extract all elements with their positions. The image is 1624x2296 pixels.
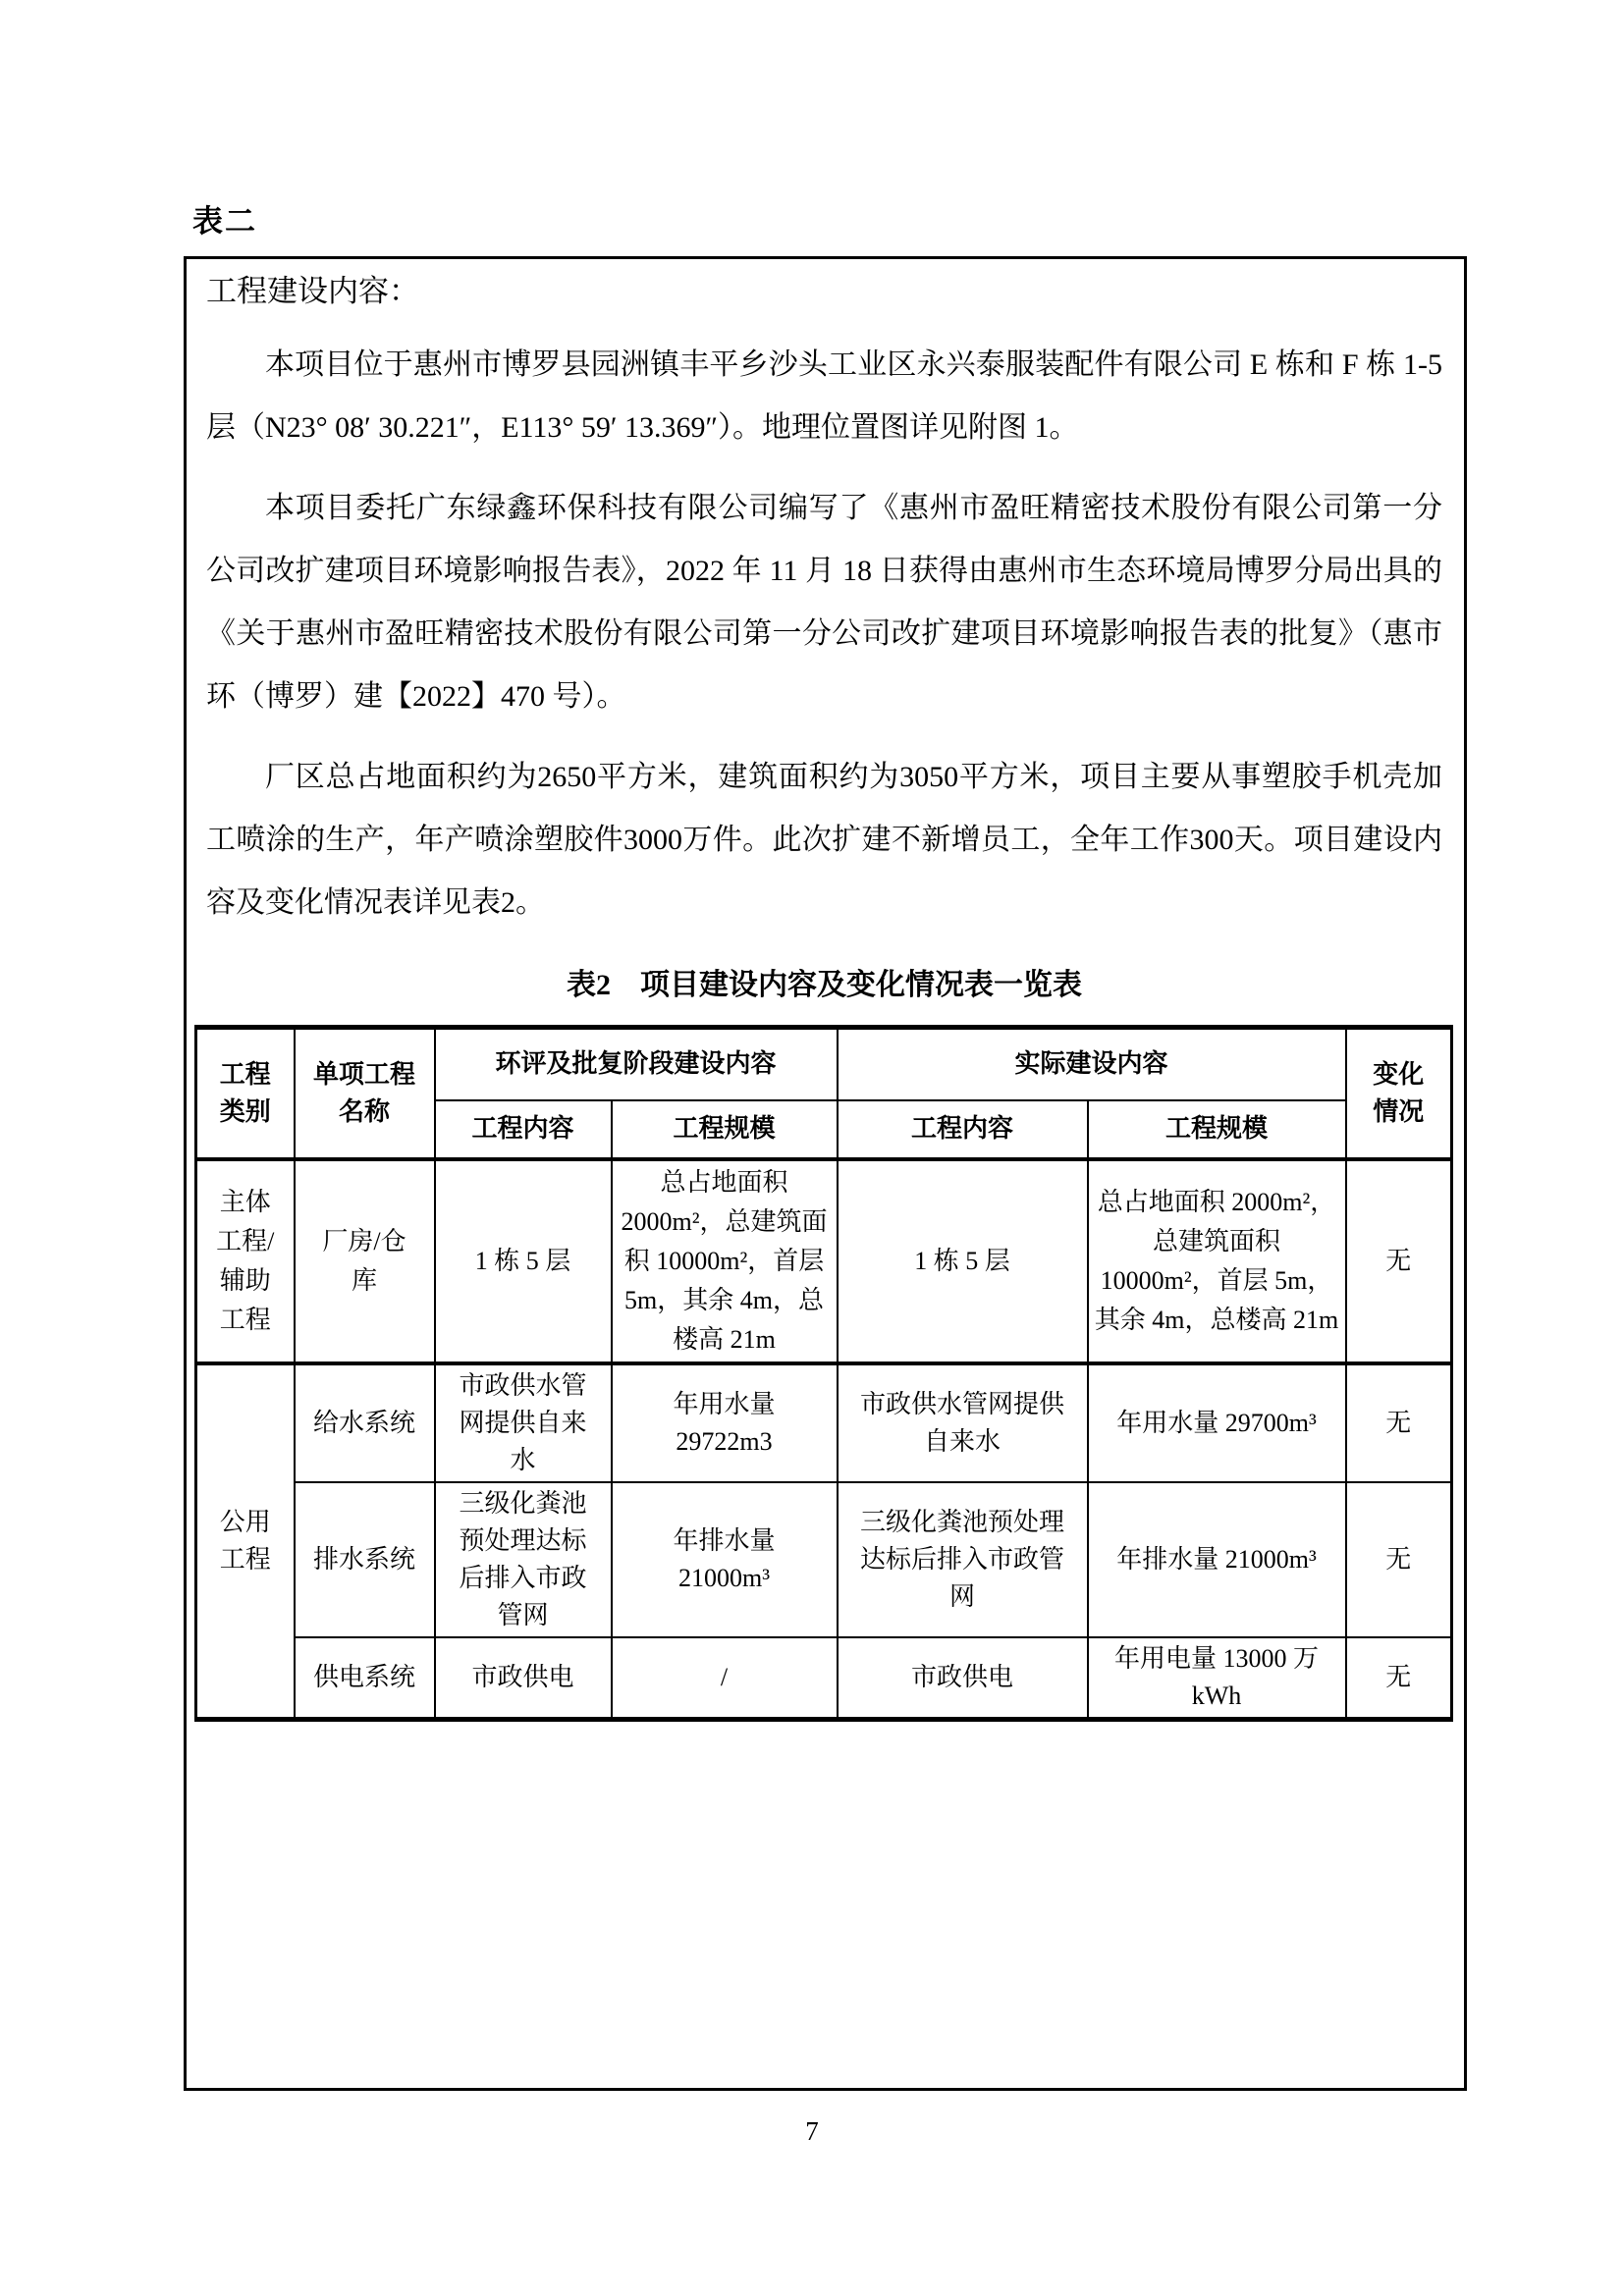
cell-drain-eia-content: 三级化粪池 预处理达标 后排入市政 管网 [435, 1482, 612, 1637]
cell-utility-category: 公用 工程 [196, 1363, 295, 1720]
paragraph-location: 本项目位于惠州市博罗县园洲镇丰平乡沙头工业区永兴泰服装配件有限公司 E 栋和 F… [206, 334, 1442, 459]
cell-main-eia-content: 1 栋 5 层 [435, 1159, 612, 1363]
table-row-main-works: 主体 工程/ 辅助 工程 厂房/仓 库 1 栋 5 层 总占地面积 2000m²… [196, 1159, 1452, 1363]
col-header-eia-content: 工程内容 [435, 1100, 612, 1159]
col-header-project-name: 单项工程 名称 [295, 1028, 435, 1159]
section-heading: 表二 [192, 196, 257, 240]
col-header-actual-group: 实际建设内容 [838, 1028, 1346, 1100]
cell-main-actual-content: 1 栋 5 层 [838, 1159, 1088, 1363]
content-box: 工程建设内容： 本项目位于惠州市博罗县园洲镇丰平乡沙头工业区永兴泰服装配件有限公… [184, 256, 1467, 2091]
table-row-power-supply: 供电系统 市政供电 / 市政供电 年用电量 13000 万 kWh 无 [196, 1637, 1452, 1720]
cell-power-actual-scale: 年用电量 13000 万 kWh [1088, 1637, 1346, 1720]
cell-main-category: 主体 工程/ 辅助 工程 [196, 1159, 295, 1363]
col-header-eia-group: 环评及批复阶段建设内容 [435, 1028, 838, 1100]
cell-water-eia-scale: 年用水量 29722m3 [612, 1363, 838, 1482]
cell-power-actual-content: 市政供电 [838, 1637, 1088, 1720]
cell-water-eia-content: 市政供水管 网提供自来 水 [435, 1363, 612, 1482]
paragraph-approval: 本项目委托广东绿鑫环保科技有限公司编写了《惠州市盈旺精密技术股份有限公司第一分公… [206, 477, 1442, 728]
cell-power-name: 供电系统 [295, 1637, 435, 1720]
cell-water-change: 无 [1346, 1363, 1452, 1482]
cell-drain-eia-scale: 年排水量 21000m³ [612, 1482, 838, 1637]
project-table: 工程 类别 单项工程 名称 环评及批复阶段建设内容 实际建设内容 变化 情况 工… [194, 1025, 1453, 1722]
cell-drain-actual-content: 三级化粪池预处理 达标后排入市政管 网 [838, 1482, 1088, 1637]
col-header-actual-scale: 工程规模 [1088, 1100, 1346, 1159]
table-row-drainage: 排水系统 三级化粪池 预处理达标 后排入市政 管网 年排水量 21000m³ 三… [196, 1482, 1452, 1637]
document-page: 表二 工程建设内容： 本项目位于惠州市博罗县园洲镇丰平乡沙头工业区永兴泰服装配件… [0, 0, 1624, 2296]
table2-title: 表2 项目建设内容及变化情况表一览表 [206, 962, 1442, 1009]
page-number: 7 [0, 2116, 1624, 2147]
cell-water-actual-content: 市政供水管网提供 自来水 [838, 1363, 1088, 1482]
cell-main-name: 厂房/仓 库 [295, 1159, 435, 1363]
paragraph-scale: 厂区总占地面积约为2650平方米，建筑面积约为3050平方米，项目主要从事塑胶手… [206, 746, 1442, 934]
col-header-change: 变化 情况 [1346, 1028, 1452, 1159]
cell-water-actual-scale: 年用水量 29700m³ [1088, 1363, 1346, 1482]
cell-drain-actual-scale: 年排水量 21000m³ [1088, 1482, 1346, 1637]
cell-main-actual-scale: 总占地面积 2000m²，总建筑面积 10000m²，首层 5m，其余 4m，总… [1088, 1159, 1346, 1363]
content-area: 工程建设内容： 本项目位于惠州市博罗县园洲镇丰平乡沙头工业区永兴泰服装配件有限公… [187, 259, 1464, 1009]
table-row-water-supply: 公用 工程 给水系统 市政供水管 网提供自来 水 年用水量 29722m3 市政… [196, 1363, 1452, 1482]
cell-main-eia-scale: 总占地面积 2000m²，总建筑面积 10000m²，首层 5m，其余 4m，总… [612, 1159, 838, 1363]
section-label: 工程建设内容： [206, 267, 1442, 316]
col-header-eia-scale: 工程规模 [612, 1100, 838, 1159]
cell-drain-change: 无 [1346, 1482, 1452, 1637]
cell-power-eia-scale: / [612, 1637, 838, 1720]
cell-power-eia-content: 市政供电 [435, 1637, 612, 1720]
cell-main-change: 无 [1346, 1159, 1452, 1363]
col-header-category: 工程 类别 [196, 1028, 295, 1159]
col-header-actual-content: 工程内容 [838, 1100, 1088, 1159]
table-header-row-groups: 工程 类别 单项工程 名称 环评及批复阶段建设内容 实际建设内容 变化 情况 [196, 1028, 1452, 1100]
cell-drain-name: 排水系统 [295, 1482, 435, 1637]
cell-water-name: 给水系统 [295, 1363, 435, 1482]
cell-power-change: 无 [1346, 1637, 1452, 1720]
